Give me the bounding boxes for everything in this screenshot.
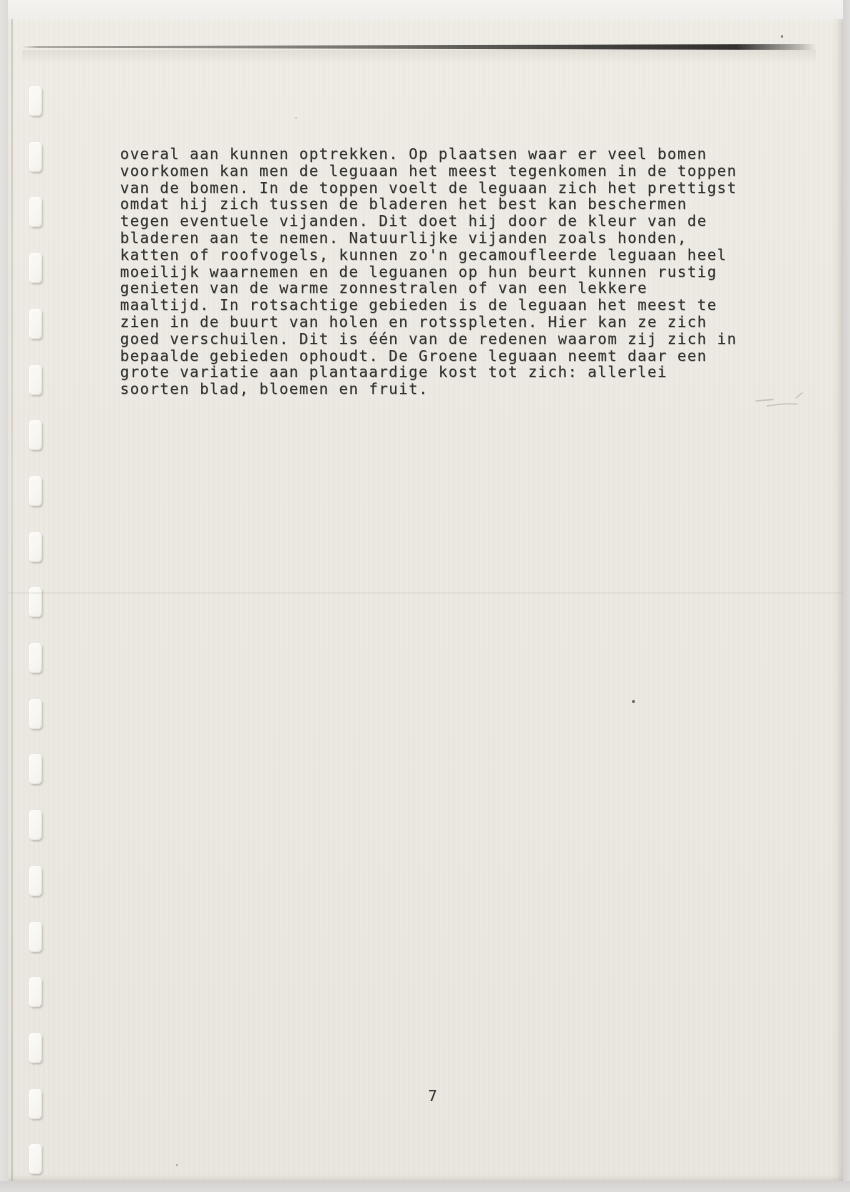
binding-hole [29,754,42,784]
binding-hole [29,142,42,172]
scanner-background-left [0,0,8,1192]
scan-artifact-shadow [22,50,816,64]
ink-speck [295,117,297,119]
binding-hole [29,420,42,450]
ink-speck [781,35,783,38]
binding-hole [29,810,42,840]
binding-hole [29,1144,42,1174]
ink-speck [176,1164,178,1166]
binding-hole [29,476,42,506]
binding-hole [29,253,42,283]
binding-hole [29,1033,42,1063]
binding-hole [29,977,42,1007]
binding-hole [29,532,42,562]
binding-hole [29,197,42,227]
binding-holes [8,19,58,1181]
binding-hole [29,699,42,729]
scanner-background-top [0,0,850,19]
ink-speck [632,700,635,703]
binding-hole [29,866,42,896]
binding-hole [29,86,42,116]
scanned-document: { "document": { "body_lines": [ "overal … [0,0,850,1192]
binding-hole [29,309,42,339]
body-text: overal aan kunnen optrekken. Op plaatsen… [120,146,737,398]
page-number: 7 [411,1087,455,1105]
binding-hole [29,365,42,395]
smudge-mark [752,390,804,414]
binding-hole [29,922,42,952]
binding-hole [29,643,42,673]
binding-hole [29,1089,42,1119]
scan-band-artifact [8,592,843,594]
scanner-background-right [843,0,850,1192]
scanner-background-bottom [0,1181,850,1192]
document-page: overal aan kunnen optrekken. Op plaatsen… [8,19,843,1181]
